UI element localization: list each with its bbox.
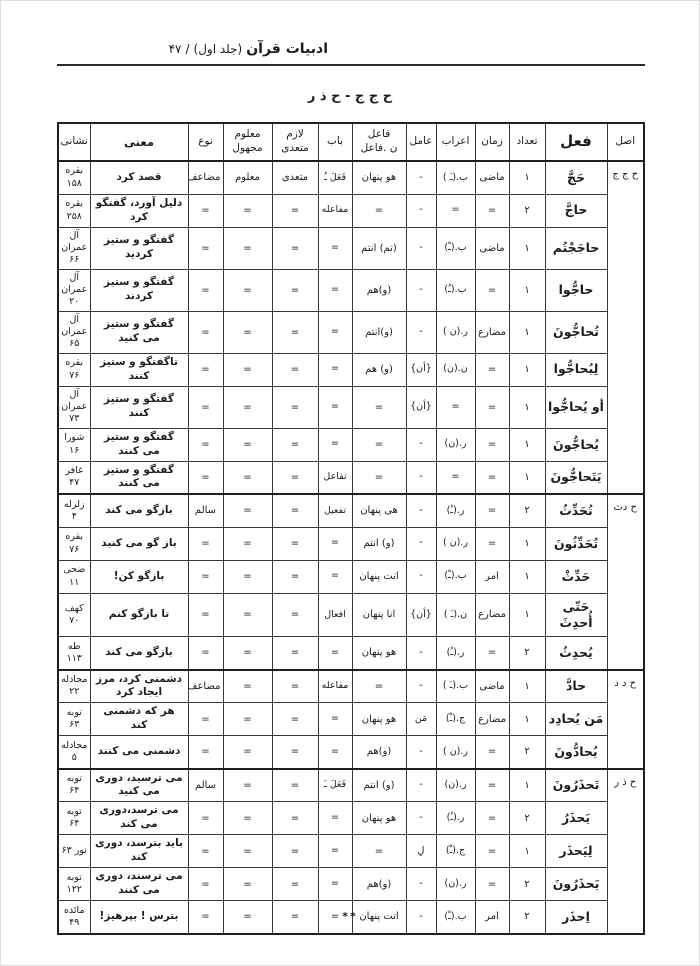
cell-erab: ر.(ن) [436,868,475,901]
cell-count: ۱ [509,835,545,868]
cell-agent: - [406,670,436,703]
cell-subject: (و)انتم [352,311,406,353]
table-row: حَدِّثْ۱امرب.(ـْ)-انت پنهان====بازگو کن!… [58,560,644,593]
cell-bab: = [318,703,352,736]
cell-ref: زلزله ۴ [58,494,90,527]
col-tense-header: زمان [475,123,509,161]
cell-verb: حَدِّثْ [545,560,607,593]
cell-tense: = [475,386,509,428]
cell-verb: أو یُحاجُّوا [545,386,607,428]
cell-tense: امر [475,560,509,593]
cell-subject: هو پنهان [352,703,406,736]
cell-voice: = [223,311,272,353]
table-row: تُحاجُّونَ۱مضارعر.(ن )-(و)انتم====گفتگو … [58,311,644,353]
cell-trans: = [272,227,318,269]
cell-subject: = [352,461,406,494]
cell-meaning: دلیل آورد، گفتگو کرد [90,194,188,227]
cell-subject: = [352,835,406,868]
cell-verb: یَحذَرُونَ [545,868,607,901]
cell-tense: ماضی [475,161,509,194]
cell-trans: = [272,736,318,769]
cell-type: = [188,835,223,868]
col-type-header: نوع [188,123,223,161]
cell-count: ۱ [509,593,545,637]
cell-bab: = [318,527,352,560]
table-row: مَن یُحادِد۱مضارعج.(ـْ)مَنهو پنهان====هر… [58,703,644,736]
cell-erab: ر.(ن) [436,769,475,802]
cell-agent: - [406,769,436,802]
cell-type: = [188,353,223,386]
cell-type: = [188,736,223,769]
cell-subject: (و)هم [352,736,406,769]
cell-ref: آل عمران ۶۶ [58,227,90,269]
cell-trans: = [272,428,318,461]
cell-verb: یُحاجُّونَ [545,428,607,461]
cell-erab: ر.(ن ) [436,736,475,769]
cell-ref: مجادله ۵ [58,736,90,769]
cell-voice: = [223,227,272,269]
cell-verb: حاجَجْتُم [545,227,607,269]
cell-erab: ب.(ـُ) [436,269,475,311]
cell-bab: فَعَلَ ـَ [318,769,352,802]
cell-tense: = [475,353,509,386]
cell-erab: ر.(ـُ) [436,802,475,835]
cell-count: ۱ [509,311,545,353]
cell-trans: = [272,637,318,670]
cell-verb: حاجَّ [545,194,607,227]
cell-meaning: قصد کرد [90,161,188,194]
cell-meaning: می ترسند، دوری می کنند [90,868,188,901]
cell-verb: لِیَحذَر [545,835,607,868]
cell-root: ح ذ ر [607,769,644,934]
cell-type: = [188,461,223,494]
table-row: یُحدِثُ۲=ر.(ـُ)-هو پنهان====بازگو می کند… [58,637,644,670]
cell-agent: - [406,802,436,835]
cell-agent: - [406,161,436,194]
table-row: یَتَحاجُّونَ۱==-=تفاعل===گفتگو و ستیز می… [58,461,644,494]
cell-tense: مضارع [475,311,509,353]
col-meaning-header: معنی [90,123,188,161]
cell-voice: = [223,769,272,802]
verb-table: اصلفعلتعدادزماناعرابعاملفاعل ن .فاعلبابل… [57,122,645,935]
cell-ref: طه ۱۱۳ [58,637,90,670]
cell-ref: بقره ۷۶ [58,353,90,386]
cell-root: ح ج ج [607,161,644,494]
cell-tense: = [475,494,509,527]
book-page: { "page_header": { "book_title": "ادبیات… [0,0,700,966]
cell-erab: ر.(ن) [436,428,475,461]
table-row: ح ج جحَجَّ۱ماضیب.(ـَ )-هو پنهانفَعَلَ ـُ… [58,161,644,194]
cell-count: ۱ [509,161,545,194]
cell-meaning: باز گو می کنید [90,527,188,560]
cell-count: ۱ [509,461,545,494]
cell-ref: شورا ۱۶ [58,428,90,461]
cell-type: = [188,386,223,428]
cell-meaning: گفتگو و ستیز می کنند [90,428,188,461]
cell-agent: - [406,494,436,527]
cell-voice: = [223,494,272,527]
cell-type: = [188,593,223,637]
cell-tense: ماضی [475,227,509,269]
cell-meaning: گفتگو و ستیز کردید [90,227,188,269]
cell-agent: - [406,560,436,593]
cell-meaning: گفتگو و ستیز کنند [90,386,188,428]
cell-count: ۲ [509,802,545,835]
cell-ref: کهف ۷۰ [58,593,90,637]
cell-subject: (و) انتم [352,769,406,802]
cell-subject: (و)هم [352,868,406,901]
cell-trans: = [272,835,318,868]
cell-verb: تُحَدِّثُ [545,494,607,527]
cell-type: = [188,703,223,736]
cell-bab: = [318,353,352,386]
cell-type: = [188,227,223,269]
cell-type: = [188,560,223,593]
cell-meaning: گفتگو و ستیز می کنند [90,461,188,494]
cell-agent: {أن} [406,593,436,637]
cell-voice: = [223,386,272,428]
cell-count: ۲ [509,194,545,227]
cell-tense: = [475,527,509,560]
cell-voice: معلوم [223,161,272,194]
cell-type: = [188,527,223,560]
cell-erab: ر.(ن ) [436,311,475,353]
cell-voice: = [223,637,272,670]
cell-voice: = [223,703,272,736]
table-head-row: اصلفعلتعدادزماناعرابعاملفاعل ن .فاعلبابل… [58,123,644,161]
cell-verb: حَجَّ [545,161,607,194]
cell-voice: = [223,353,272,386]
cell-agent: - [406,461,436,494]
table-row: لِیَحذَر۱=ج.(ـْ)لِ=====باید بترسد، دوری … [58,835,644,868]
cell-bab: = [318,386,352,428]
cell-ref: توبه ۶۳ [58,703,90,736]
cell-verb: یُحدِثُ [545,637,607,670]
cell-subject: هو پنهان [352,637,406,670]
cell-count: ۱ [509,428,545,461]
cell-trans: = [272,353,318,386]
cell-agent: - [406,868,436,901]
cell-trans: = [272,269,318,311]
cell-count: ۱ [509,670,545,703]
cell-agent: - [406,736,436,769]
cell-agent: مَن [406,703,436,736]
cell-type: مضاعف [188,161,223,194]
cell-agent: - [406,527,436,560]
cell-voice: = [223,670,272,703]
cell-count: ۲ [509,868,545,901]
cell-voice: = [223,802,272,835]
table-row: لِیُحاجُّوا۱=ن.(ن){أن}(و) هم====تاگفتگو … [58,353,644,386]
cell-erab: ن.(ن) [436,353,475,386]
cell-ref: بقره ۱۵۸ [58,161,90,194]
cell-bab: = [318,227,352,269]
cell-meaning: هر که دشمنی کند [90,703,188,736]
cell-root: ح د د [607,670,644,769]
cell-bab: تفعیل [318,494,352,527]
cell-subject: (و) انتم [352,527,406,560]
cell-bab: مفاعله [318,670,352,703]
cell-verb: حَتّی أُحدِثَ [545,593,607,637]
cell-bab: = [318,868,352,901]
col-agent-header: عامل [406,123,436,161]
cell-verb: یُحادُّونَ [545,736,607,769]
cell-ref: آل عمران ۷۳ [58,386,90,428]
cell-agent: - [406,637,436,670]
cell-bab: = [318,835,352,868]
cell-verb: حاجُّوا [545,269,607,311]
cell-agent: - [406,194,436,227]
cell-ref: مجادله ۲۲ [58,670,90,703]
cell-ref: توبه ۱۲۲ [58,868,90,901]
cell-tense: = [475,802,509,835]
cell-type: سالم [188,494,223,527]
section-title: ح ج ج - ح ذ ر [0,89,700,104]
cell-tense: مضارع [475,703,509,736]
cell-subject: = [352,194,406,227]
cell-count: ۲ [509,494,545,527]
verb-table-wrap: اصلفعلتعدادزماناعرابعاملفاعل ن .فاعلبابل… [57,122,645,935]
cell-meaning: بازگو می کند [90,494,188,527]
cell-bab: = [318,802,352,835]
table-row: حاجَّ۲==-=مفاعله===دلیل آورد، گفتگو کردب… [58,194,644,227]
header-separator: / [185,42,189,56]
cell-tense: مضارع [475,593,509,637]
cell-ref: ضحی ۱۱ [58,560,90,593]
cell-bab: فَعَلَ ـُ [318,161,352,194]
cell-tense: = [475,637,509,670]
cell-erab: ب.(ـْ) [436,560,475,593]
cell-bab: = [318,428,352,461]
cell-subject: (و) هم [352,353,406,386]
book-title: ادبیات قرآن [246,41,328,57]
cell-type: = [188,311,223,353]
cell-ref: بقره ۲۵۸ [58,194,90,227]
cell-verb: مَن یُحادِد [545,703,607,736]
cell-voice: = [223,428,272,461]
table-row: یَحذَرُونَ۲=ر.(ن)-(و)هم====می ترسند، دور… [58,868,644,901]
cell-type: = [188,802,223,835]
cell-trans: = [272,386,318,428]
cell-tense: = [475,428,509,461]
cell-voice: = [223,527,272,560]
cell-ref: توبه ۶۴ [58,802,90,835]
cell-count: ۱ [509,269,545,311]
cell-count: ۱ [509,769,545,802]
cell-type: = [188,269,223,311]
cell-erab: ب.(ـَ ) [436,161,475,194]
page-header: ادبیات قرآن (جلد اول) / ۴۷ [169,41,328,57]
cell-count: ۱ [509,560,545,593]
col-voice-header: معلوم مجهول [223,123,272,161]
cell-bab: مفاعله [318,194,352,227]
cell-count: ۱ [509,227,545,269]
table-row: یُحادُّونَ۲=ر.(ن )-(و)هم====دشمنی می کنن… [58,736,644,769]
cell-subject: = [352,670,406,703]
cell-tense: = [475,769,509,802]
cell-meaning: باید بترسد، دوری کند [90,835,188,868]
cell-subject: انت پنهان [352,560,406,593]
cell-trans: = [272,769,318,802]
cell-count: ۲ [509,736,545,769]
table-row: ح د دحادَّ۱ماضیب.(ـَ )-=مفاعله==مضاعفدشم… [58,670,644,703]
cell-type: سالم [188,769,223,802]
cell-tense: = [475,868,509,901]
cell-voice: = [223,736,272,769]
cell-meaning: بازگو کن! [90,560,188,593]
cell-bab: = [318,736,352,769]
cell-meaning: گفتگو و ستیز می کنید [90,311,188,353]
cell-agent: - [406,428,436,461]
cell-ref: آل عمران ۲۰ [58,269,90,311]
cell-count: ۱ [509,353,545,386]
table-row: یَحذَرُ۲=ر.(ـُ)-هو پنهان====می ترسد،دوری… [58,802,644,835]
footer-mark: ** [0,910,700,923]
cell-erab: = [436,461,475,494]
cell-trans: = [272,670,318,703]
cell-erab: = [436,386,475,428]
cell-verb: تُحاجُّونَ [545,311,607,353]
cell-trans: = [272,802,318,835]
cell-ref: نور ۶۳ [58,835,90,868]
cell-ref: توبه ۶۴ [58,769,90,802]
table-row: ح ذ رتَحذَرُونَ۱=ر.(ن)-(و) انتمفَعَلَ ـَ… [58,769,644,802]
table-row: ح دثتُحَدِّثُ۲=ر.(ـُ)-هی پنهانتفعیل==سال… [58,494,644,527]
cell-verb: یَحذَرُ [545,802,607,835]
table-body: ح ج جحَجَّ۱ماضیب.(ـَ )-هو پنهانفَعَلَ ـُ… [58,161,644,934]
cell-ref: آل عمران ۶۵ [58,311,90,353]
table-row: حاجَجْتُم۱ماضیب.(ـْ)-(تم) انتم====گفتگو … [58,227,644,269]
cell-voice: = [223,868,272,901]
cell-ref: بقره ۷۶ [58,527,90,560]
cell-voice: = [223,593,272,637]
cell-trans: متعدی [272,161,318,194]
cell-trans: = [272,311,318,353]
page-number: ۴۷ [169,42,182,56]
cell-erab: = [436,194,475,227]
cell-meaning: دشمنی کرد، مرز ایجاد کرد [90,670,188,703]
cell-erab: ب.(ـْ) [436,227,475,269]
cell-bab: = [318,269,352,311]
cell-meaning: می ترسد،دوری می کند [90,802,188,835]
cell-tense: ماضی [475,670,509,703]
cell-erab: ج.(ـْ) [436,835,475,868]
col-verb-header: فعل [545,123,607,161]
cell-type: = [188,194,223,227]
cell-bab: = [318,637,352,670]
cell-bab: افعال [318,593,352,637]
cell-bab: تفاعل [318,461,352,494]
cell-tense: = [475,835,509,868]
col-reference-header: نشانی [58,123,90,161]
cell-type: = [188,868,223,901]
cell-subject: هی پنهان [352,494,406,527]
table-head: اصلفعلتعدادزماناعرابعاملفاعل ن .فاعلبابل… [58,123,644,161]
cell-verb: تَحذَرُونَ [545,769,607,802]
cell-ref: غافر ۴۷ [58,461,90,494]
cell-voice: = [223,835,272,868]
cell-tense: = [475,194,509,227]
cell-trans: = [272,494,318,527]
cell-agent: {أن} [406,386,436,428]
table-row: حَتّی أُحدِثَ۱مضارعن.(ـَ ){أن}انا پنهانا… [58,593,644,637]
cell-meaning: بازگو می کند [90,637,188,670]
col-subject-header: فاعل ن .فاعل [352,123,406,161]
cell-subject: (و)هم [352,269,406,311]
cell-agent: - [406,269,436,311]
cell-subject: هو پنهان [352,161,406,194]
cell-trans: = [272,194,318,227]
cell-trans: = [272,868,318,901]
cell-verb: حادَّ [545,670,607,703]
cell-subject: (تم) انتم [352,227,406,269]
col-count-header: تعداد [509,123,545,161]
col-erab-header: اعراب [436,123,475,161]
cell-voice: = [223,269,272,311]
cell-erab: ن.(ـَ ) [436,593,475,637]
cell-erab: ج.(ـْ) [436,703,475,736]
cell-subject: = [352,386,406,428]
cell-type: مضاعف [188,670,223,703]
cell-count: ۱ [509,703,545,736]
cell-tense: = [475,461,509,494]
cell-subject: هو پنهان [352,802,406,835]
cell-bab: = [318,560,352,593]
cell-agent: {أن} [406,353,436,386]
cell-trans: = [272,593,318,637]
cell-verb: یَتَحاجُّونَ [545,461,607,494]
table-row: یُحاجُّونَ۱=ر.(ن)-=====گفتگو و ستیز می ک… [58,428,644,461]
cell-root: ح دث [607,494,644,670]
col-root-header: اصل [607,123,644,161]
cell-bab: = [318,311,352,353]
cell-tense: = [475,269,509,311]
cell-meaning: تا بازگو کنم [90,593,188,637]
table-row: تُحَدِّثُونَ۱=ر.(ن )-(و) انتم====باز گو … [58,527,644,560]
col-bab-header: باب [318,123,352,161]
table-row: حاجُّوا۱=ب.(ـُ)-(و)هم====گفتگو و ستیز کر… [58,269,644,311]
header-rule [57,64,645,66]
cell-verb: تُحَدِّثُونَ [545,527,607,560]
cell-type: = [188,428,223,461]
cell-meaning: گفتگو و ستیز کردند [90,269,188,311]
cell-count: ۱ [509,386,545,428]
cell-meaning: می ترسید، دوری می کنید [90,769,188,802]
cell-subject: انا پنهان [352,593,406,637]
cell-trans: = [272,461,318,494]
cell-trans: = [272,527,318,560]
cell-erab: ر.(ـُ) [436,637,475,670]
cell-meaning: تاگفتگو و ستیز کنند [90,353,188,386]
cell-type: = [188,637,223,670]
cell-erab: ب.(ـَ ) [436,670,475,703]
cell-voice: = [223,194,272,227]
cell-erab: ر.(ـُ) [436,494,475,527]
cell-trans: = [272,703,318,736]
table-row: أو یُحاجُّوا۱=={أن}=====گفتگو و ستیز کنن… [58,386,644,428]
volume-label: (جلد اول) [194,42,243,56]
cell-meaning: دشمنی می کنند [90,736,188,769]
cell-trans: = [272,560,318,593]
cell-agent: - [406,311,436,353]
cell-voice: = [223,461,272,494]
cell-agent: لِ [406,835,436,868]
cell-agent: - [406,227,436,269]
cell-voice: = [223,560,272,593]
col-transitivity-header: لازم متعدی [272,123,318,161]
cell-tense: = [475,736,509,769]
cell-count: ۱ [509,527,545,560]
